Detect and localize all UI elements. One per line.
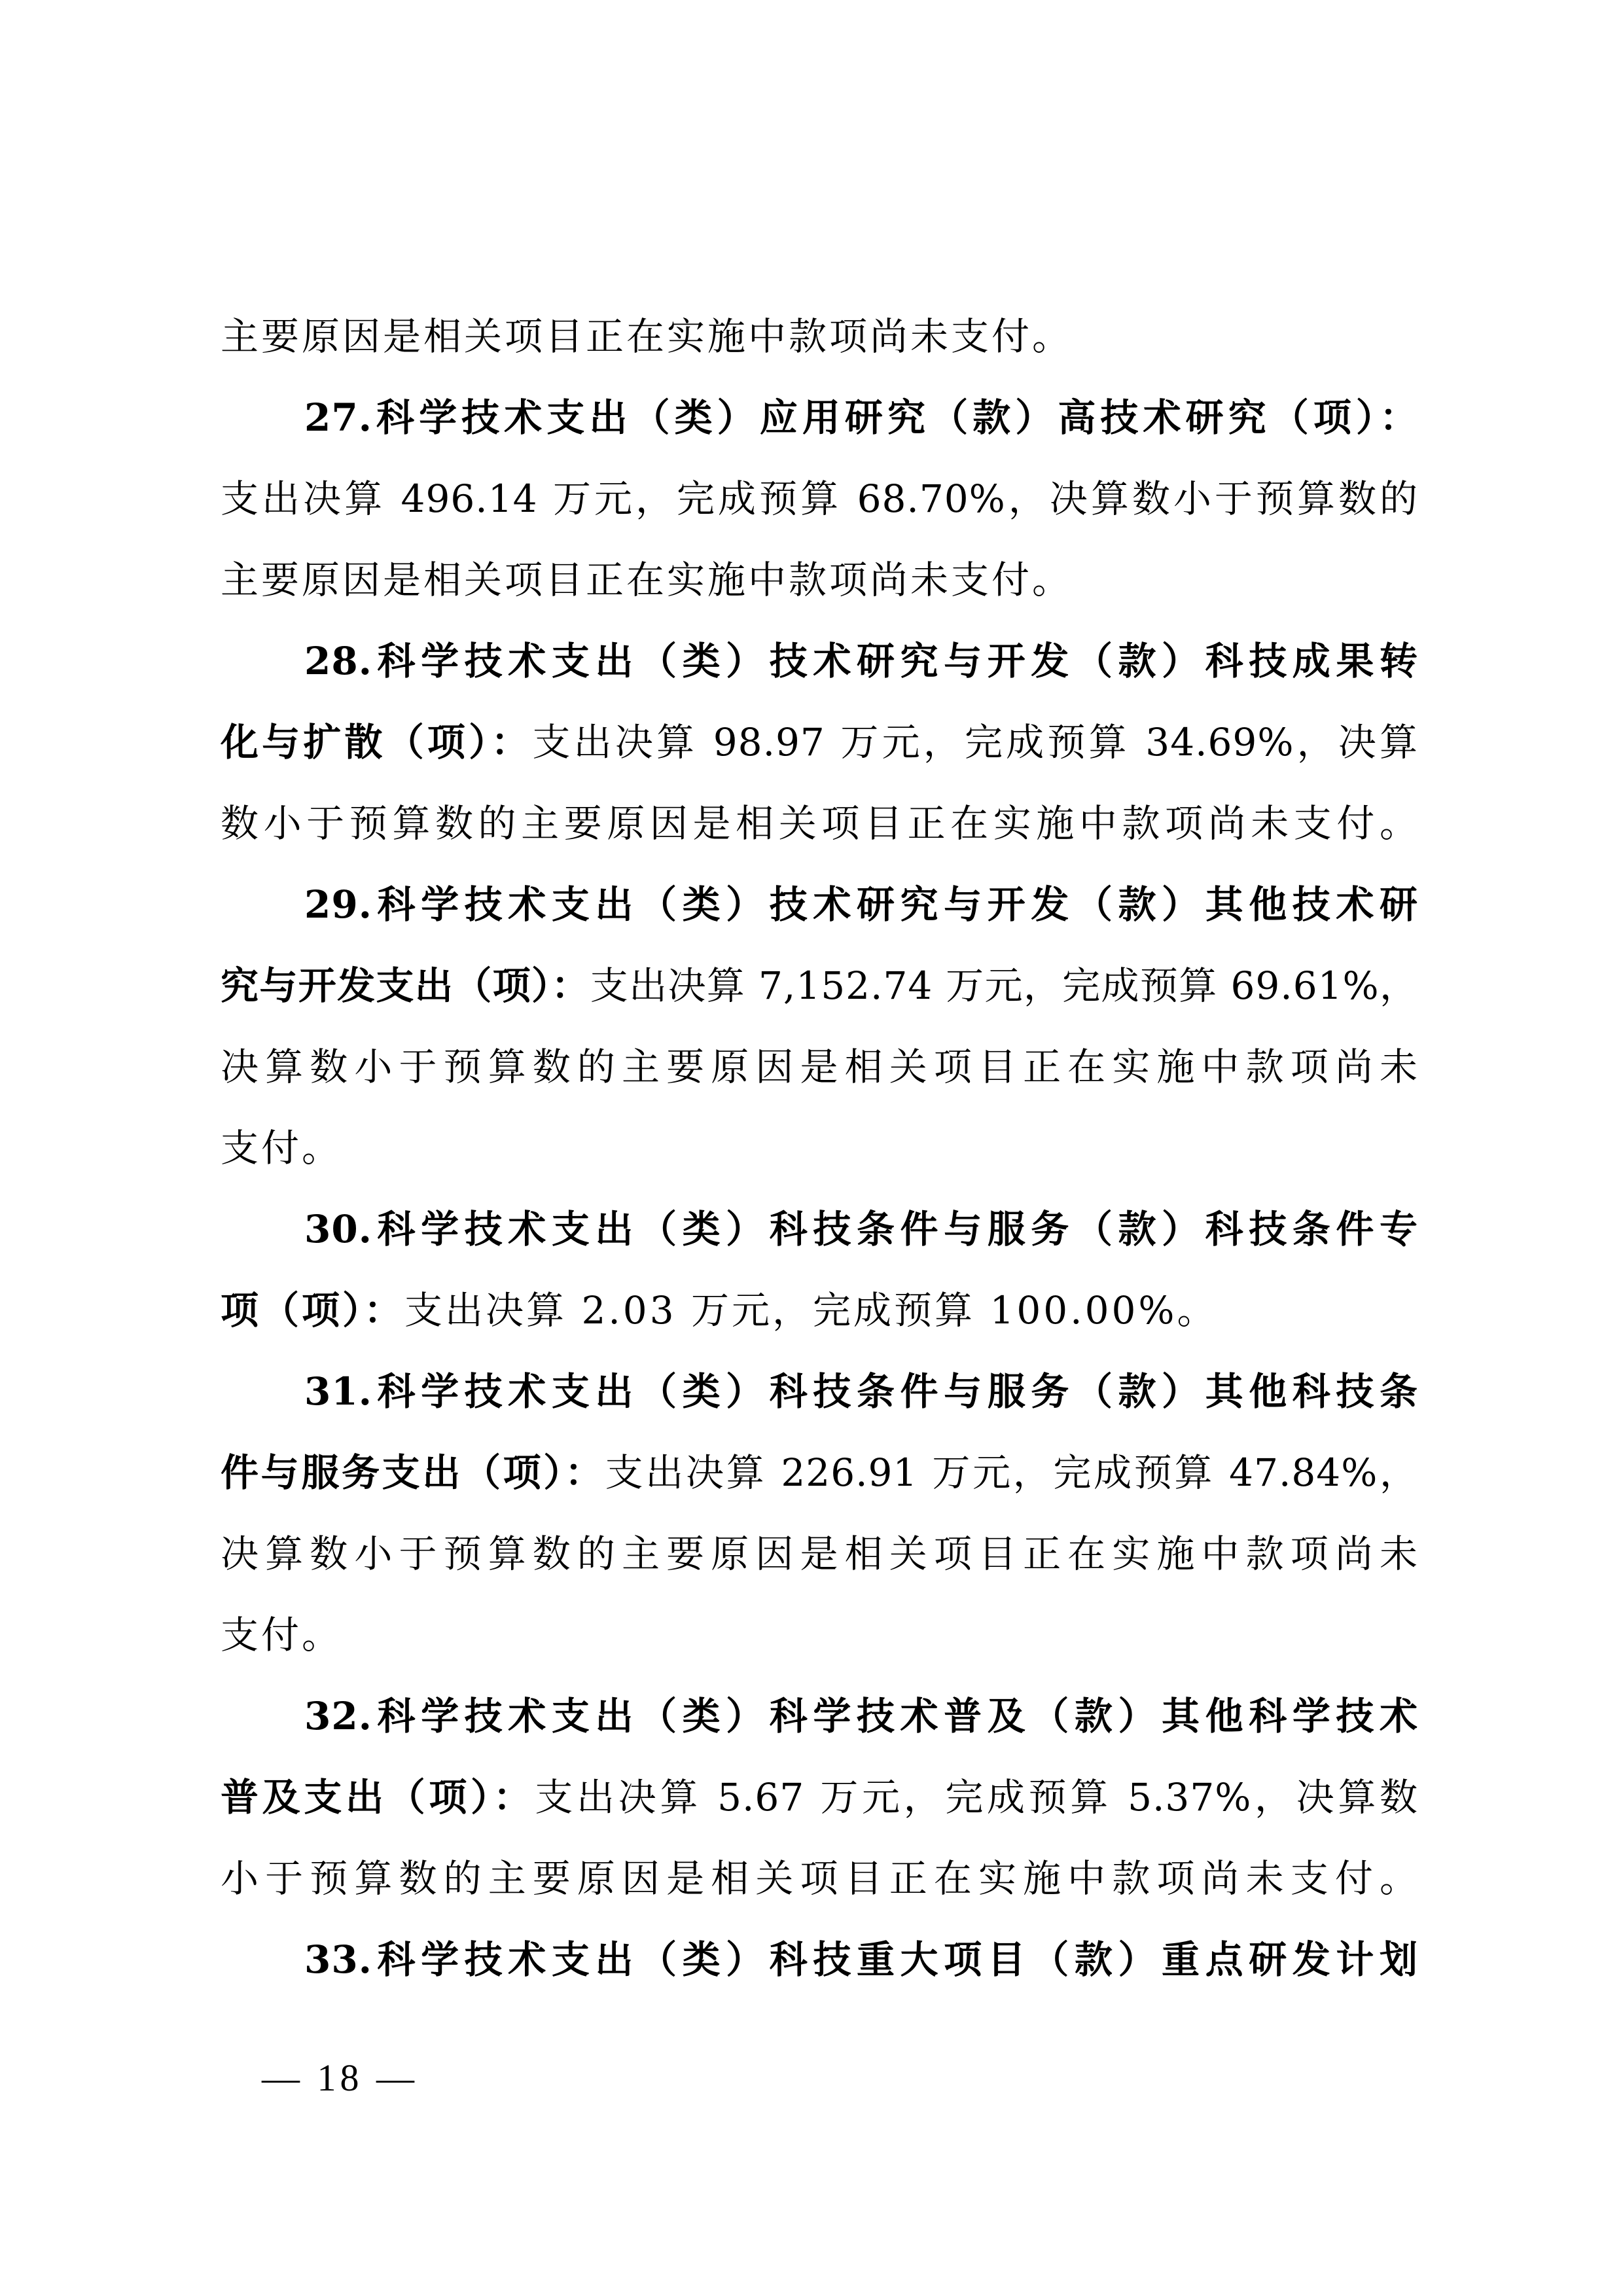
paragraph-line: 件与服务支出（项）：支出决算 226.91 万元，完成预算 47.84%， [221, 1441, 1418, 1522]
body-text: 主要原因是相关项目正在实施中款项尚未支付。27.科学技术支出（类）应用研究（款）… [221, 305, 1418, 2009]
body-text-run: 支出决算 5.67 万元，完成预算 5.37%，决算数 [535, 1775, 1418, 1820]
body-text-run: 支出决算 98.97 万元，完成预算 34.69%，决算 [532, 720, 1418, 764]
paragraph-line: 究与开发支出（项）：支出决算 7,152.74 万元，完成预算 69.61%， [221, 954, 1418, 1035]
page-number: — 18 — [262, 2052, 418, 2104]
body-text-run: 支出决算 226.91 万元，完成预算 47.84%， [605, 1450, 1418, 1495]
item-heading-line: 28.科学技术支出（类）技术研究与开发（款）科技成果转 [221, 630, 1418, 711]
body-text-run: 支出决算 7,152.74 万元，完成预算 69.61%， [590, 963, 1418, 1008]
paragraph-line: 项（项）：支出决算 2.03 万元，完成预算 100.00%。 [221, 1279, 1418, 1360]
bold-label: 项（项）： [221, 1288, 404, 1333]
bold-label: 32.科学技术支出（类）科学技术普及（款）其他科学技术 [304, 1694, 1418, 1738]
body-text-run: 支出决算 2.03 万元，完成预算 100.00%。 [404, 1288, 1218, 1333]
bold-label: 普及支出（项）： [221, 1775, 535, 1820]
bold-label: 30.科学技术支出（类）科技条件与服务（款）科技条件专 [304, 1207, 1418, 1251]
paragraph-line: 决算数小于预算数的主要原因是相关项目正在实施中款项尚未 [221, 1522, 1418, 1604]
paragraph-line: 普及支出（项）：支出决算 5.67 万元，完成预算 5.37%，决算数 [221, 1766, 1418, 1847]
body-text-run: 支出决算 496.14 万元，完成预算 68.70%，决算数小于预算数的 [221, 476, 1418, 521]
bold-label: 28.科学技术支出（类）技术研究与开发（款）科技成果转 [304, 639, 1418, 683]
item-heading-line: 32.科学技术支出（类）科学技术普及（款）其他科学技术 [221, 1685, 1418, 1766]
item-heading-line: 33.科学技术支出（类）科技重大项目（款）重点研发计划 [221, 1928, 1418, 2009]
body-text-run: 主要原因是相关项目正在实施中款项尚未支付。 [221, 314, 1073, 359]
document-page: 主要原因是相关项目正在实施中款项尚未支付。27.科学技术支出（类）应用研究（款）… [0, 0, 1623, 2296]
bold-label: 究与开发支出（项）： [221, 963, 590, 1008]
bold-label: 27.科学技术支出（类）应用研究（款）高技术研究（项）： [304, 395, 1418, 440]
paragraph-line: 主要原因是相关项目正在实施中款项尚未支付。 [221, 548, 1418, 630]
item-heading-line: 27.科学技术支出（类）应用研究（款）高技术研究（项）： [221, 386, 1418, 467]
bold-label: 化与扩散（项）： [221, 720, 532, 764]
paragraph-line: 支付。 [221, 1604, 1418, 1685]
item-heading-line: 30.科学技术支出（类）科技条件与服务（款）科技条件专 [221, 1198, 1418, 1279]
paragraph-line: 化与扩散（项）：支出决算 98.97 万元，完成预算 34.69%，决算 [221, 711, 1418, 792]
bold-label: 31.科学技术支出（类）科技条件与服务（款）其他科技条 [304, 1369, 1418, 1414]
body-text-run: 主要原因是相关项目正在实施中款项尚未支付。 [221, 558, 1073, 602]
paragraph-line: 数小于预算数的主要原因是相关项目正在实施中款项尚未支付。 [221, 792, 1418, 873]
body-text-run: 小于预算数的主要原因是相关项目正在实施中款项尚未支付。 [221, 1856, 1418, 1901]
body-text-run: 数小于预算数的主要原因是相关项目正在实施中款项尚未支付。 [221, 801, 1418, 846]
item-heading-line: 31.科学技术支出（类）科技条件与服务（款）其他科技条 [221, 1360, 1418, 1441]
bold-label: 件与服务支出（项）： [221, 1450, 605, 1495]
paragraph-line: 决算数小于预算数的主要原因是相关项目正在实施中款项尚未 [221, 1035, 1418, 1117]
body-text-run: 决算数小于预算数的主要原因是相关项目正在实施中款项尚未 [221, 1532, 1418, 1576]
item-heading-line: 29.科学技术支出（类）技术研究与开发（款）其他技术研 [221, 873, 1418, 954]
paragraph-line: 支付。 [221, 1117, 1418, 1198]
body-text-run: 支付。 [221, 1126, 342, 1170]
body-text-run: 决算数小于预算数的主要原因是相关项目正在实施中款项尚未 [221, 1045, 1418, 1089]
paragraph-line: 小于预算数的主要原因是相关项目正在实施中款项尚未支付。 [221, 1847, 1418, 1928]
paragraph-line: 支出决算 496.14 万元，完成预算 68.70%，决算数小于预算数的 [221, 467, 1418, 548]
bold-label: 33.科学技术支出（类）科技重大项目（款）重点研发计划 [304, 1937, 1418, 1982]
paragraph-line: 主要原因是相关项目正在实施中款项尚未支付。 [221, 305, 1418, 386]
bold-label: 29.科学技术支出（类）技术研究与开发（款）其他技术研 [304, 882, 1418, 927]
body-text-run: 支付。 [221, 1613, 342, 1657]
